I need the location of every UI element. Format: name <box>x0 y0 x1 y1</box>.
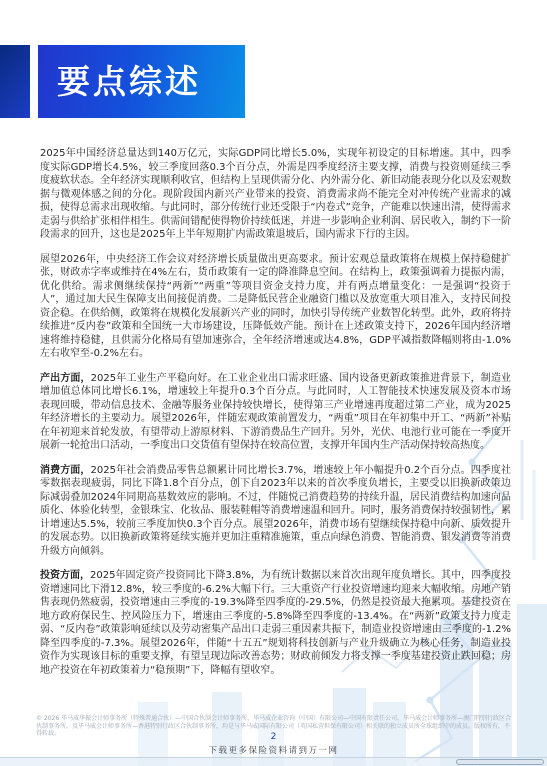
paragraph-text: 2025年中国经济总量达到140万亿元，实际GDP同比增长5.0%，实现年初设定… <box>40 148 511 240</box>
report-page: 要点综述 2025年中国经济总量达到140万亿元，实际GDP同比增长5.0%，实… <box>0 0 547 766</box>
paragraph-text: 2025年固定资产投资同比下降3.8%，为有统计数据以来首次出现年度负增长。其中… <box>40 570 511 676</box>
paragraph-outlook: 展望2026年，中央经济工作会议对经济增长质量做出更高要求。预计宏观总量政策将在… <box>40 253 511 361</box>
paragraph-output: 产出方面，2025年工业生产平稳向好。在工业企业出口需求旺盛、国内设备更新政策推… <box>40 372 511 453</box>
title-accent-bar <box>0 45 30 118</box>
paragraph-text: 2025年社会消费品零售总额累计同比增长3.7%，增速较上年小幅提升0.2个百分… <box>40 465 511 557</box>
paragraph-text: 展望2026年，中央经济工作会议对经济增长质量做出更高要求。预计宏观总量政策将在… <box>40 254 511 360</box>
summary-body: 2025年中国经济总量达到140万亿元，实际GDP同比增长5.0%，实现年初设定… <box>40 147 511 688</box>
scrollbar-thumb[interactable] <box>456 759 544 765</box>
page-title: 要点综述 <box>57 65 201 98</box>
paragraph-consumption: 消费方面，2025年社会消费品零售总额累计同比增长3.7%，增速较上年小幅提升0… <box>40 464 511 559</box>
paragraph-lead: 产出方面， <box>40 373 91 384</box>
horizontal-scrollbar[interactable] <box>0 757 547 766</box>
paragraph-lead: 投资方面， <box>40 570 90 581</box>
paragraph-overview: 2025年中国经济总量达到140万亿元，实际GDP同比增长5.0%，实现年初设定… <box>40 147 511 242</box>
page-number: 2 <box>0 732 547 742</box>
paragraph-investment: 投资方面，2025年固定资产投资同比下降3.8%，为有统计数据以来首次出现年度负… <box>40 569 511 677</box>
paragraph-lead: 消费方面， <box>40 465 91 476</box>
section-title-box: 要点综述 <box>38 45 245 118</box>
paragraph-text: 2025年工业生产平稳向好。在工业企业出口需求旺盛、国内设备更新政策推进背景下，… <box>40 373 511 452</box>
download-watermark-text: 下载更多保险资料请到万一网 <box>0 744 547 756</box>
